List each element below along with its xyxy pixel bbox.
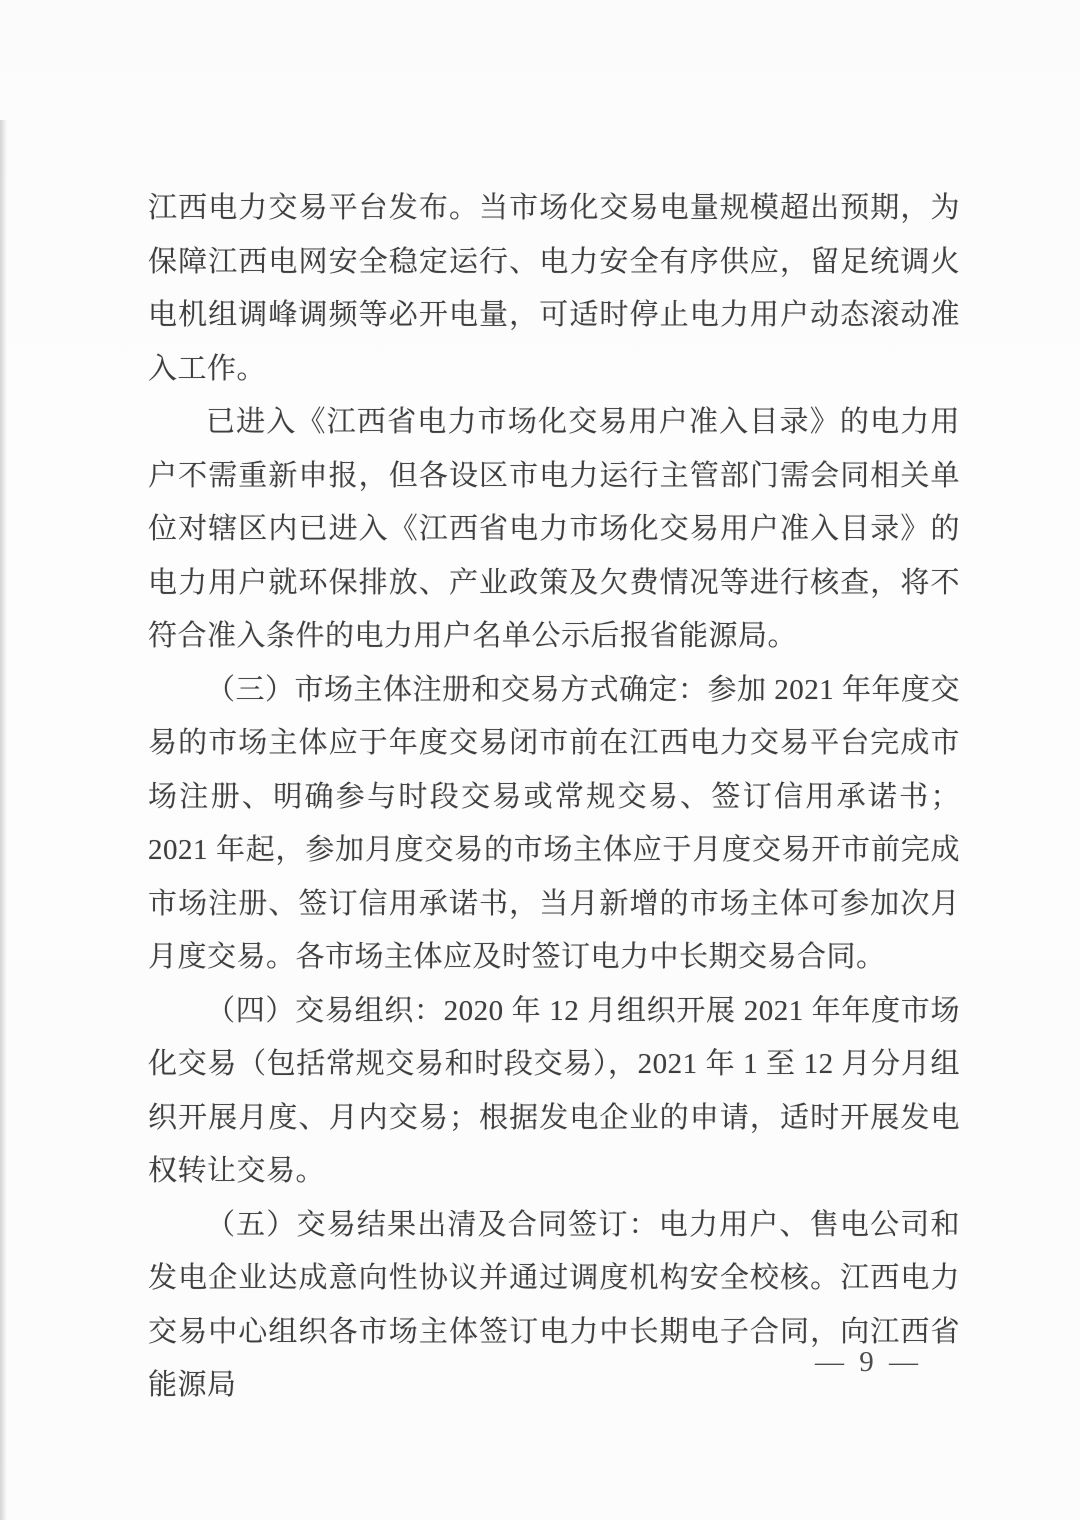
body-paragraph-user-catalog: 已进入《江西省电力市场化交易用户准入目录》的电力用户不需重新申报，但各设区市电力…: [148, 396, 960, 664]
body-paragraph-continuation: 江西电力交易平台发布。当市场化交易电量规模超出预期，为保障江西电网安全稳定运行、…: [148, 182, 960, 396]
body-paragraph-item-3-registration: （三）市场主体注册和交易方式确定：参加 2021 年年度交易的市场主体应于年度交…: [148, 664, 960, 985]
scan-edge-shadow: [0, 120, 7, 1520]
body-paragraph-item-4-trade-organization: （四）交易组织：2020 年 12 月组织开展 2021 年年度市场化交易（包括…: [148, 985, 960, 1199]
page-number: — 9 —: [815, 1346, 922, 1379]
body-paragraph-item-5-clearing-contract: （五）交易结果出清及合同签订：电力用户、售电公司和发电企业达成意向性协议并通过调…: [148, 1199, 960, 1413]
document-page: 江西电力交易平台发布。当市场化交易电量规模超出预期，为保障江西电网安全稳定运行、…: [0, 0, 1080, 1520]
document-body: 江西电力交易平台发布。当市场化交易电量规模超出预期，为保障江西电网安全稳定运行、…: [148, 182, 960, 1413]
